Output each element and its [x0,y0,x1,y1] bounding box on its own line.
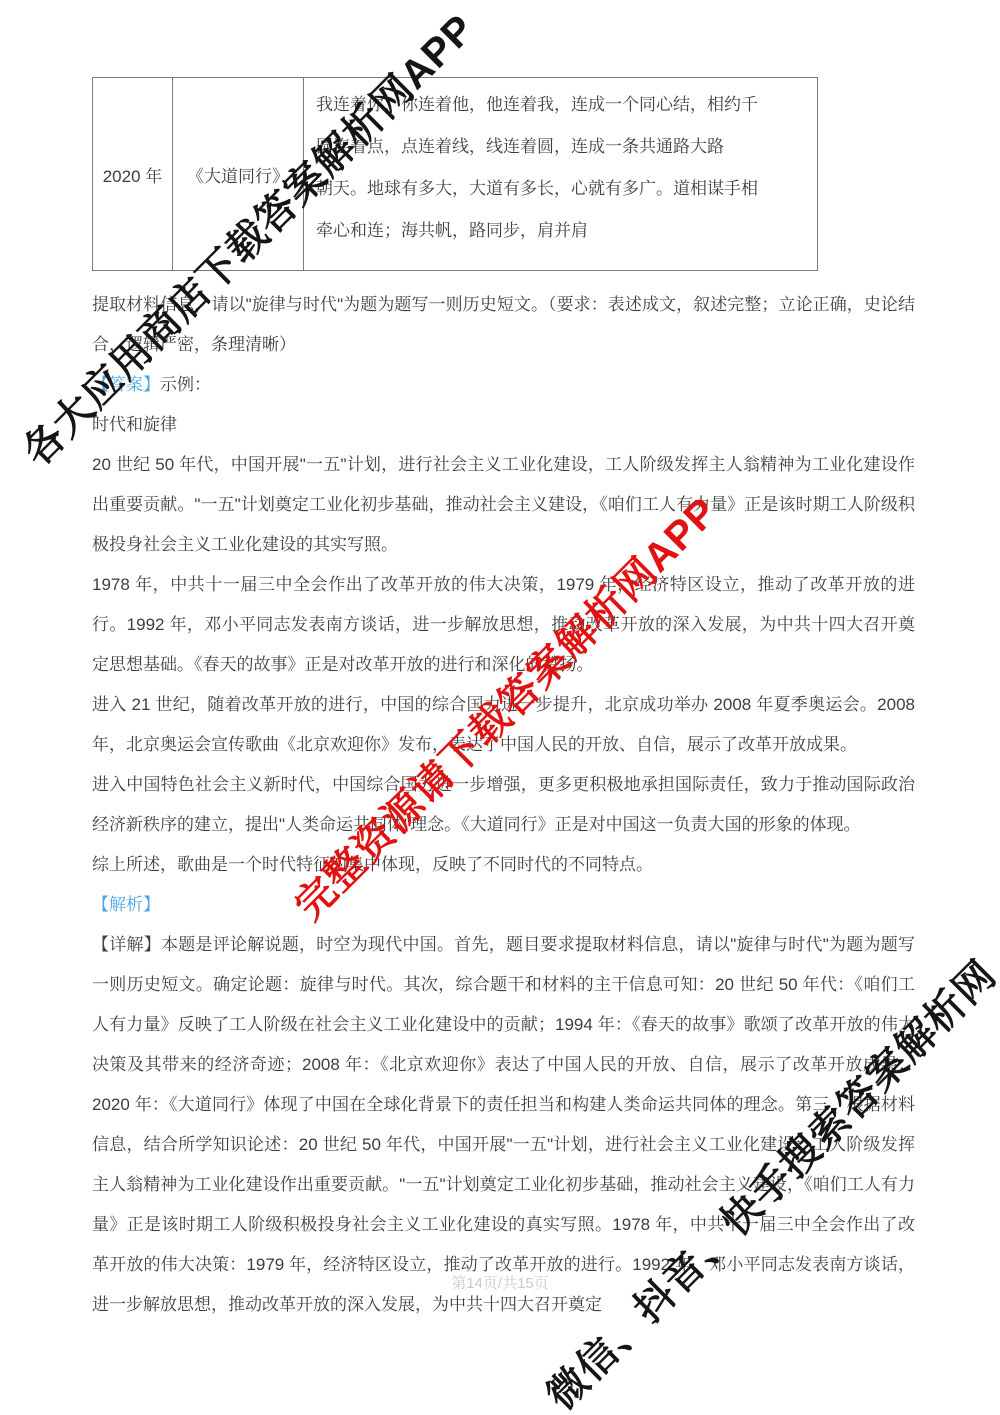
lyric-line: 朝天。地球有多大，大道有多长，心就有多广。道相谋手相 [316,168,805,210]
songs-table: 2020 年 《大道同行》 我连着你，你连着他，他连着我，连成一个同心结，相约千… [92,77,818,271]
answer-intro: 示例： [160,375,211,394]
table-cell-lyrics: 我连着你，你连着他，他连着我，连成一个同心结，相约千 圆连着点，点连着线，线连着… [304,78,818,271]
table-cell-year: 2020 年 [93,78,173,271]
essay-paragraph-1: 20 世纪 50 年代，中国开展"一五"计划，进行社会主义工业化建设，工人阶级发… [92,445,915,565]
essay-paragraph-5: 综上所述，歌曲是一个时代特征的集中体现，反映了不同时代的不同特点。 [92,845,915,885]
analysis-line: 【解析】 [92,885,915,925]
page-number-indicator: 第14页/共15页 [0,1272,1000,1293]
essay-paragraph-4: 进入中国特色社会主义新时代，中国综合国力进一步增强，更多更积极地承担国际责任，致… [92,765,915,845]
document-page: 2020 年 《大道同行》 我连着你，你连着他，他连着我，连成一个同心结，相约千… [0,0,1000,1415]
detail-paragraph: 【详解】本题是评论解说题，时空为现代中国。首先，题目要求提取材料信息，请以"旋律… [92,925,915,1325]
doc-body: 提取材料信息，请以"旋律与时代"为题为题写一则历史短文。（要求：表述成文，叙述完… [92,285,915,1325]
question-text: 提取材料信息，请以"旋律与时代"为题为题写一则历史短文。（要求：表述成文，叙述完… [92,285,915,365]
lyric-line: 牵心和连；海共帆，路同步，肩并肩 [316,210,805,252]
essay-paragraph-2: 1978 年，中共十一届三中全会作出了改革开放的伟大决策，1979 年，经济特区… [92,565,915,685]
table-row: 2020 年 《大道同行》 我连着你，你连着他，他连着我，连成一个同心结，相约千… [93,78,818,271]
answer-label: 【答案】 [92,375,160,394]
table-cell-song: 《大道同行》 [173,78,304,271]
answer-line: 【答案】示例： [92,365,915,405]
essay-title: 时代和旋律 [92,405,915,445]
content-column: 2020 年 《大道同行》 我连着你，你连着他，他连着我，连成一个同心结，相约千… [92,77,915,1325]
lyric-line: 圆连着点，点连着线，线连着圆，连成一条共通路大路 [316,126,805,168]
lyric-line: 我连着你，你连着他，他连着我，连成一个同心结，相约千 [316,84,805,126]
essay-paragraph-3: 进入 21 世纪，随着改革开放的进行，中国的综合国力进一步提升，北京成功举办 2… [92,685,915,765]
analysis-label: 【解析】 [92,895,160,914]
